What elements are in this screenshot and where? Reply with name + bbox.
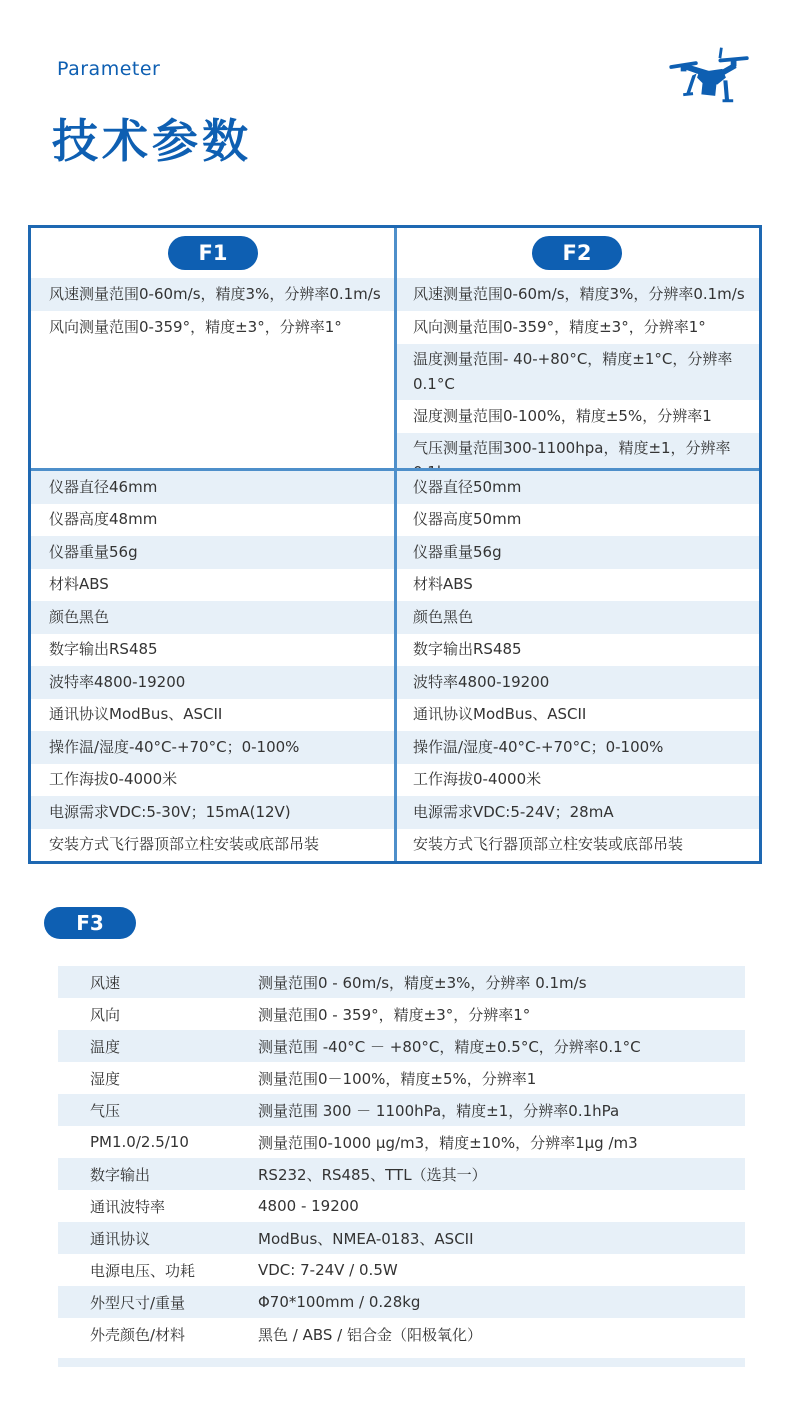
f3-row-label: 湿度 (58, 1068, 258, 1089)
device-spec-row: 操作温/湿度-40°C-+70°C；0-100% (31, 731, 395, 764)
device-spec-row: 仪器高度48mm (31, 504, 395, 537)
f3-row-label: 外壳颜色/材料 (58, 1324, 258, 1345)
device-spec-row: 安装方式飞行器顶部立柱安装或底部吊装 (395, 829, 759, 862)
sensor-spec-row: 风速测量范围0-60m/s，精度3%，分辨率0.1m/s (395, 278, 759, 311)
device-spec-row: 通讯协议ModBus、ASCII (31, 699, 395, 732)
f3-tail-stripe (58, 1358, 745, 1367)
f3-row: 数字输出RS232、RS485、TTL（选其一） (58, 1158, 745, 1190)
f3-row-label: 气压 (58, 1100, 258, 1121)
sensor-spec-row: 风速测量范围0-60m/s，精度3%，分辨率0.1m/s (31, 278, 395, 311)
device-spec-row: 电源需求VDC:5-24V；28mA (395, 796, 759, 829)
f3-row-value: 测量范围 300 － 1100hPa，精度±1，分辨率0.1hPa (258, 1100, 745, 1121)
device-spec-row: 波特率4800-19200 (395, 666, 759, 699)
f3-badge: F3 (44, 907, 136, 939)
f3-row: 风速测量范围0 - 60m/s，精度±3%，分辨率 0.1m/s (58, 966, 745, 998)
f3-row-value: 4800 - 19200 (258, 1197, 745, 1215)
f3-row-label: 温度 (58, 1036, 258, 1057)
f2-badge: F2 (532, 236, 622, 270)
f3-row: 湿度测量范围0－100%，精度±5%，分辨率1 (58, 1062, 745, 1094)
sensor-spec-row: 温度测量范围- 40-+80°C，精度±1°C，分辨率0.1°C (395, 344, 759, 400)
f3-row-label: 电源电压、功耗 (58, 1260, 258, 1281)
device-spec-row: 仪器直径50mm (395, 471, 759, 504)
f3-row-value: 测量范围0 - 359°，精度±3°，分辨率1° (258, 1004, 745, 1025)
f1-spec-rows: 仪器直径46mm仪器高度48mm仪器重量56g材料ABS颜色黑色数字输出RS48… (31, 471, 395, 861)
f3-row: 温度测量范围 -40°C － +80°C，精度±0.5°C，分辨率0.1°C (58, 1030, 745, 1062)
f3-row-value: ModBus、NMEA-0183、ASCII (258, 1228, 745, 1249)
device-spec-row: 数字输出RS485 (31, 634, 395, 667)
f3-row-label: PM1.0/2.5/10 (58, 1133, 258, 1151)
f3-row: 外壳颜色/材料黑色 / ABS / 铝合金（阳极氧化） (58, 1318, 745, 1350)
f3-row-label: 通讯波特率 (58, 1196, 258, 1217)
f3-row-value: RS232、RS485、TTL（选其一） (258, 1164, 745, 1185)
section-eyebrow: Parameter (57, 58, 160, 80)
f3-row-value: 测量范围0-1000 μg/m3，精度±10%，分辨率1μg /m3 (258, 1132, 745, 1153)
f2-header-cell: F2 (395, 228, 759, 278)
device-spec-row: 仪器重量56g (31, 536, 395, 569)
f3-table: 风速测量范围0 - 60m/s，精度±3%，分辨率 0.1m/s风向测量范围0 … (58, 966, 745, 1350)
f1-sensor-rows: 风速测量范围0-60m/s，精度3%，分辨率0.1m/s风向测量范围0-359°… (31, 278, 395, 468)
sensor-spec-row: 风向测量范围0-359°，精度±3°，分辨率1° (31, 311, 395, 344)
device-spec-row: 工作海拔0-4000米 (31, 764, 395, 797)
column-divider (394, 228, 397, 861)
device-spec-row: 材料ABS (31, 569, 395, 602)
device-spec-row: 颜色黑色 (395, 601, 759, 634)
f3-row-value: VDC: 7-24V / 0.5W (258, 1261, 745, 1279)
f3-row-label: 外型尺寸/重量 (58, 1292, 258, 1313)
f3-row: PM1.0/2.5/10测量范围0-1000 μg/m3，精度±10%，分辨率1… (58, 1126, 745, 1158)
f3-row-value: 黑色 / ABS / 铝合金（阳极氧化） (258, 1324, 745, 1345)
device-spec-row: 材料ABS (395, 569, 759, 602)
f3-row-value: Φ70*100mm / 0.28kg (258, 1293, 745, 1311)
f3-row: 通讯协议ModBus、NMEA-0183、ASCII (58, 1222, 745, 1254)
page: Parameter 技术参数 (0, 0, 790, 1401)
sensor-spec-row: 气压测量范围300-1100hpa，精度±1，分辨率 0.1hpa (395, 433, 759, 469)
device-spec-row: 波特率4800-19200 (31, 666, 395, 699)
f3-row-label: 风向 (58, 1004, 258, 1025)
f3-badge-wrap: F3 (44, 907, 136, 939)
device-spec-row: 安装方式飞行器顶部立柱安装或底部吊装 (31, 829, 395, 862)
f3-row: 气压测量范围 300 － 1100hPa，精度±1，分辨率0.1hPa (58, 1094, 745, 1126)
f1-badge: F1 (168, 236, 258, 270)
device-spec-row: 仪器直径46mm (31, 471, 395, 504)
f3-row-label: 数字输出 (58, 1164, 258, 1185)
f3-row: 外型尺寸/重量Φ70*100mm / 0.28kg (58, 1286, 745, 1318)
device-spec-row: 仪器重量56g (395, 536, 759, 569)
device-spec-row: 工作海拔0-4000米 (395, 764, 759, 797)
sensor-spec-row: 风向测量范围0-359°，精度±3°，分辨率1° (395, 311, 759, 344)
f3-row: 风向测量范围0 - 359°，精度±3°，分辨率1° (58, 998, 745, 1030)
f2-spec-rows: 仪器直径50mm仪器高度50mm仪器重量56g材料ABS颜色黑色数字输出RS48… (395, 471, 759, 861)
f3-row-value: 测量范围0－100%，精度±5%，分辨率1 (258, 1068, 745, 1089)
f3-row-value: 测量范围 -40°C － +80°C，精度±0.5°C，分辨率0.1°C (258, 1036, 745, 1057)
device-spec-row: 仪器高度50mm (395, 504, 759, 537)
device-spec-row: 颜色黑色 (31, 601, 395, 634)
f2-sensor-rows: 风速测量范围0-60m/s，精度3%，分辨率0.1m/s风向测量范围0-359°… (395, 278, 759, 468)
f3-row-label: 风速 (58, 972, 258, 993)
f3-row: 通讯波特率4800 - 19200 (58, 1190, 745, 1222)
f3-row: 电源电压、功耗VDC: 7-24V / 0.5W (58, 1254, 745, 1286)
device-spec-row: 操作温/湿度-40°C-+70°C；0-100% (395, 731, 759, 764)
comparison-table: F1 F2 风速测量范围0-60m/s，精度3%，分辨率0.1m/s风向测量范围… (28, 225, 762, 864)
drone-icon (668, 46, 750, 114)
sensor-spec-row: 湿度测量范围0-100%，精度±5%，分辨率1 (395, 400, 759, 433)
f3-row-value: 测量范围0 - 60m/s，精度±3%，分辨率 0.1m/s (258, 972, 745, 993)
f3-row-label: 通讯协议 (58, 1228, 258, 1249)
device-spec-row: 数字输出RS485 (395, 634, 759, 667)
f1-header-cell: F1 (31, 228, 395, 278)
device-spec-row: 电源需求VDC:5-30V；15mA(12V) (31, 796, 395, 829)
page-title: 技术参数 (52, 105, 252, 171)
device-spec-row: 通讯协议ModBus、ASCII (395, 699, 759, 732)
